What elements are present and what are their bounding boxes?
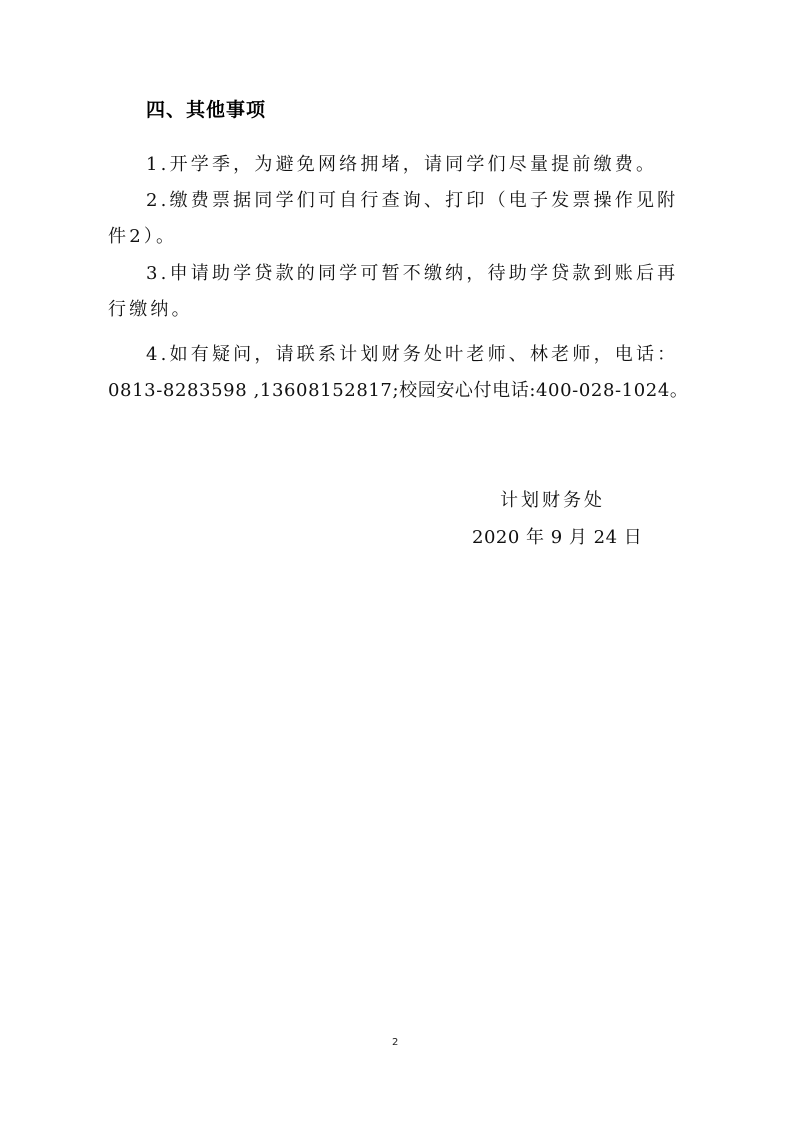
signature-date: 2020 年 9 月 24 日 bbox=[472, 523, 642, 549]
item-1-line-1: 1.开学季，为避免网络拥堵，请同学们尽量提前缴费。 bbox=[146, 153, 657, 177]
item-4-line-1: 4.如有疑问，请联系计划财务处叶老师、林老师，电话： bbox=[146, 343, 678, 367]
item-2-line-2: 件2）。 bbox=[108, 225, 177, 249]
item-2-line-1: 2.缴费票据同学们可自行查询、打印（电子发票操作见附 bbox=[146, 189, 678, 213]
signature-department: 计划财务处 bbox=[500, 486, 605, 512]
item-3-line-2: 行缴纳。 bbox=[108, 298, 193, 322]
page-number: 2 bbox=[392, 1037, 398, 1048]
section-heading: 四、其他事项 bbox=[146, 95, 266, 122]
item-3-line-1: 3.申请助学贷款的同学可暂不缴纳，待助学贷款到账后再 bbox=[146, 262, 678, 286]
item-4-line-2: 0813-8283598 ,13608152817;校园安心付电话:400-02… bbox=[108, 379, 689, 403]
document-page: 四、其他事项 1.开学季，为避免网络拥堵，请同学们尽量提前缴费。 2.缴费票据同… bbox=[0, 0, 793, 1122]
